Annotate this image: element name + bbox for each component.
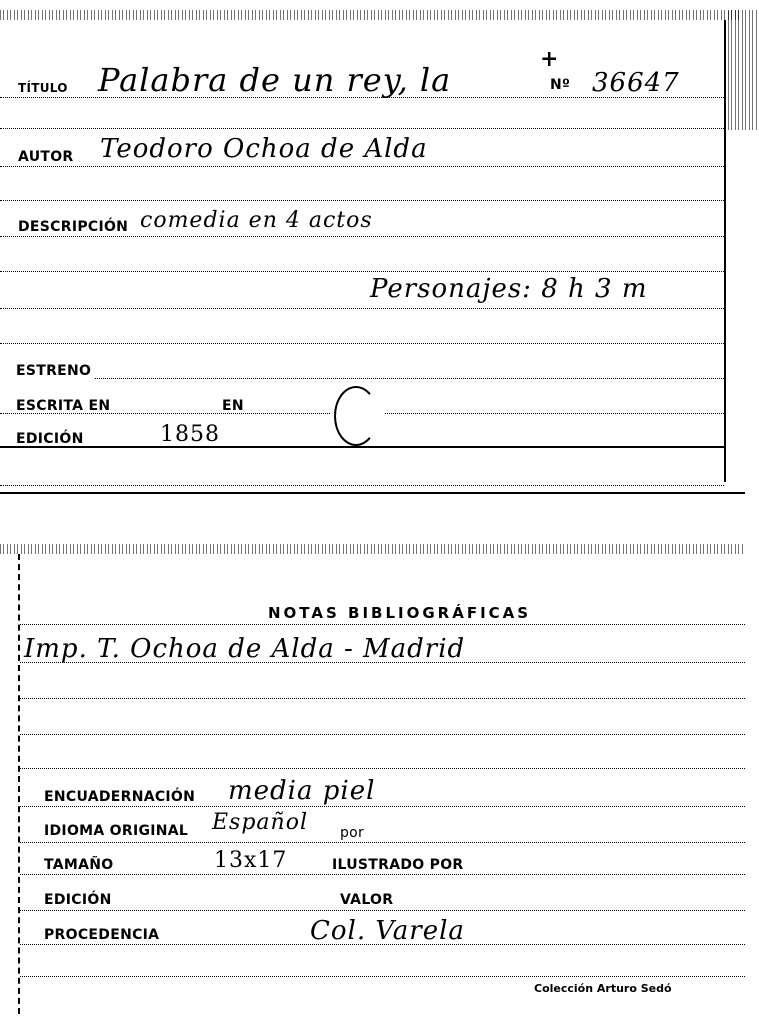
autor-value: Teodoro Ochoa de Alda bbox=[100, 136, 428, 162]
notas-line-1: Imp. T. Ochoa de Alda - Madrid bbox=[24, 636, 465, 662]
rule bbox=[20, 806, 745, 807]
rule bbox=[20, 662, 745, 663]
en-label: EN bbox=[222, 399, 244, 413]
ilustrado-por-label: ILUSTRADO POR bbox=[332, 858, 464, 872]
stamp-mark bbox=[334, 386, 378, 446]
rule bbox=[95, 378, 724, 379]
idioma-value: Español bbox=[212, 812, 308, 834]
scan-noise-right-edge bbox=[728, 10, 758, 130]
rule bbox=[0, 271, 724, 272]
rule bbox=[20, 842, 745, 843]
rule bbox=[0, 446, 724, 448]
rule bbox=[20, 944, 745, 945]
rule bbox=[20, 624, 745, 625]
rule bbox=[20, 976, 745, 977]
collection-footer: Colección Arturo Sedó bbox=[534, 982, 672, 995]
edicion-label: EDICIÓN bbox=[16, 432, 84, 446]
rule bbox=[0, 485, 724, 486]
descripcion-label: DESCRIPCIÓN bbox=[18, 220, 128, 234]
autor-label: AUTOR bbox=[18, 150, 74, 164]
edicion-value: 1858 bbox=[160, 424, 220, 446]
idioma-label: IDIOMA ORIGINAL bbox=[44, 824, 188, 838]
estreno-label: ESTRENO bbox=[16, 364, 91, 378]
valor-label: VALOR bbox=[340, 893, 393, 907]
numero-label: Nº bbox=[550, 78, 570, 92]
encuadernacion-value: media piel bbox=[228, 778, 375, 804]
descripcion-value: comedia en 4 actos bbox=[140, 210, 373, 232]
numero-mark: + bbox=[540, 48, 559, 70]
rule bbox=[0, 200, 724, 201]
rule bbox=[0, 308, 724, 309]
edicion-label-bottom: EDICIÓN bbox=[44, 893, 112, 907]
procedencia-value: Col. Varela bbox=[310, 918, 465, 944]
scan-noise-top-edge bbox=[0, 544, 745, 554]
por-label: por bbox=[340, 826, 364, 840]
titulo-label: TÍTULO bbox=[18, 82, 68, 94]
rule bbox=[20, 874, 745, 875]
card-border-right bbox=[724, 20, 726, 482]
procedencia-label: PROCEDENCIA bbox=[44, 928, 159, 942]
tamano-label: TAMAÑO bbox=[44, 858, 113, 872]
rule bbox=[0, 166, 724, 167]
scan-noise-top-edge bbox=[0, 10, 740, 20]
notas-heading: NOTAS BIBLIOGRÁFICAS bbox=[268, 604, 531, 622]
rule bbox=[0, 236, 724, 237]
rule bbox=[20, 910, 745, 911]
rule bbox=[0, 343, 724, 344]
titulo-value: Palabra de un rey, la bbox=[98, 64, 451, 96]
rule bbox=[0, 128, 724, 129]
rule bbox=[385, 413, 724, 414]
encuadernacion-label: ENCUADERNACIÓN bbox=[44, 790, 195, 804]
escrita-en-label: ESCRITA EN bbox=[16, 399, 110, 413]
tamano-value: 13x17 bbox=[214, 850, 287, 872]
rule bbox=[20, 768, 745, 769]
rule bbox=[20, 734, 745, 735]
card-border-left bbox=[18, 554, 20, 1014]
rule bbox=[20, 698, 745, 699]
personajes-value: Personajes: 8 h 3 m bbox=[370, 276, 647, 302]
card-separator bbox=[0, 492, 745, 494]
numero-value: 36647 bbox=[592, 70, 680, 96]
